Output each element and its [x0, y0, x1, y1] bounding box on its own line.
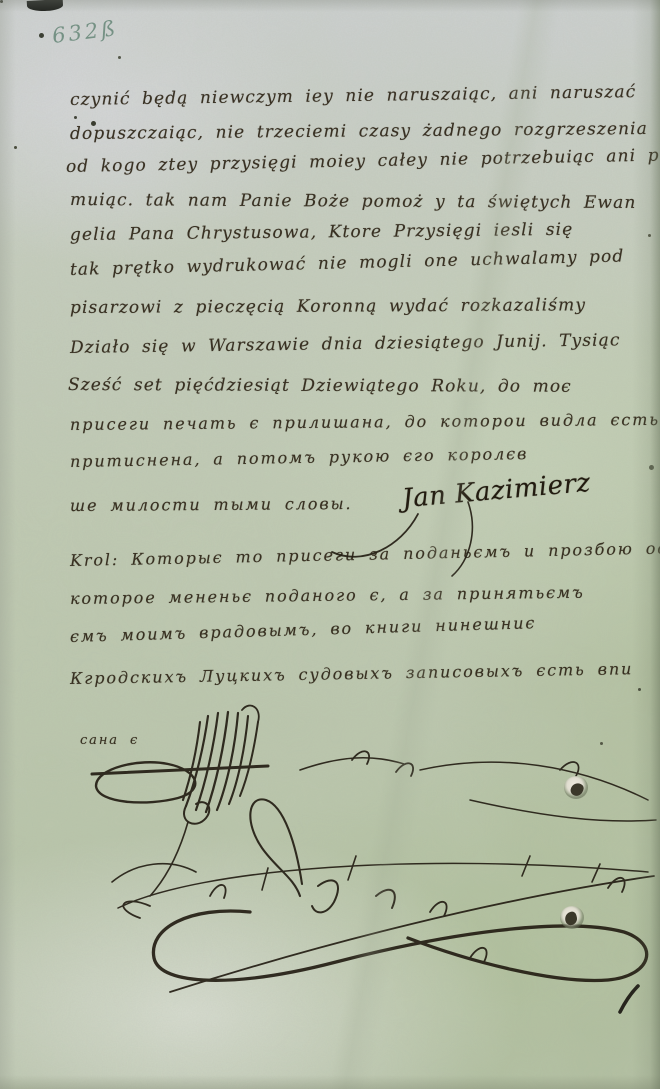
manuscript-line-13: Krol: Которыє то присеги за поданьємъ и … [70, 538, 660, 570]
manuscript-line-17: сана є [80, 733, 139, 748]
manuscript-line-7: pisarzowi z pieczęcią Koronną wydać rozk… [70, 295, 586, 318]
royal-signature: Jan Kazimierz [401, 468, 592, 514]
manuscript-line-4: muiąc. tak nam Panie Boże pomoż y ta świ… [70, 190, 637, 213]
paper-specks [0, 0, 3, 3]
manuscript-line-8: Działo się w Warszawie dnia dziesiątego … [70, 330, 621, 358]
manuscript-line-1: czynić będą niewczym iey nie naruszaiąc,… [70, 82, 637, 110]
manuscript-page: 632ß czynić będą niewczym iey nie narusz… [0, 0, 660, 1089]
manuscript-line-16: Кгродскихъ Луцкихъ судовыхъ записовыхъ є… [70, 659, 634, 688]
manuscript-line-5: gelia Pana Chrystusowa, Ktore Przysięgi … [70, 220, 574, 245]
manuscript-line-14: которое мененьє поданого є, а за принять… [70, 583, 585, 608]
folio-number: 632ß [51, 16, 120, 48]
manuscript-line-2: dopuszczaiąc, nie trzeciemi czasy żadneg… [70, 119, 648, 144]
manuscript-line-3: od kogo ztey przysięgi moiey całey nie p… [66, 145, 660, 177]
ink-smudge [27, 0, 64, 12]
manuscript-line-11: притиснена, а потомъ рукою єго королєв [70, 444, 529, 471]
parchment-hole [564, 776, 588, 799]
manuscript-line-12: ше милости тыми словы. [70, 494, 353, 515]
manuscript-line-9: Sześć set pięćdziesiąt Dziewiątego Roku,… [68, 375, 572, 397]
parchment-hole [560, 906, 584, 929]
manuscript-line-10: присеги печать є прилишана, до которои в… [70, 410, 660, 434]
manuscript-line-15: ємъ моимъ врадовымъ, во книги нинешниє [70, 613, 537, 646]
manuscript-line-6: tak prętko wydrukować nie mogli one uchw… [70, 246, 625, 280]
